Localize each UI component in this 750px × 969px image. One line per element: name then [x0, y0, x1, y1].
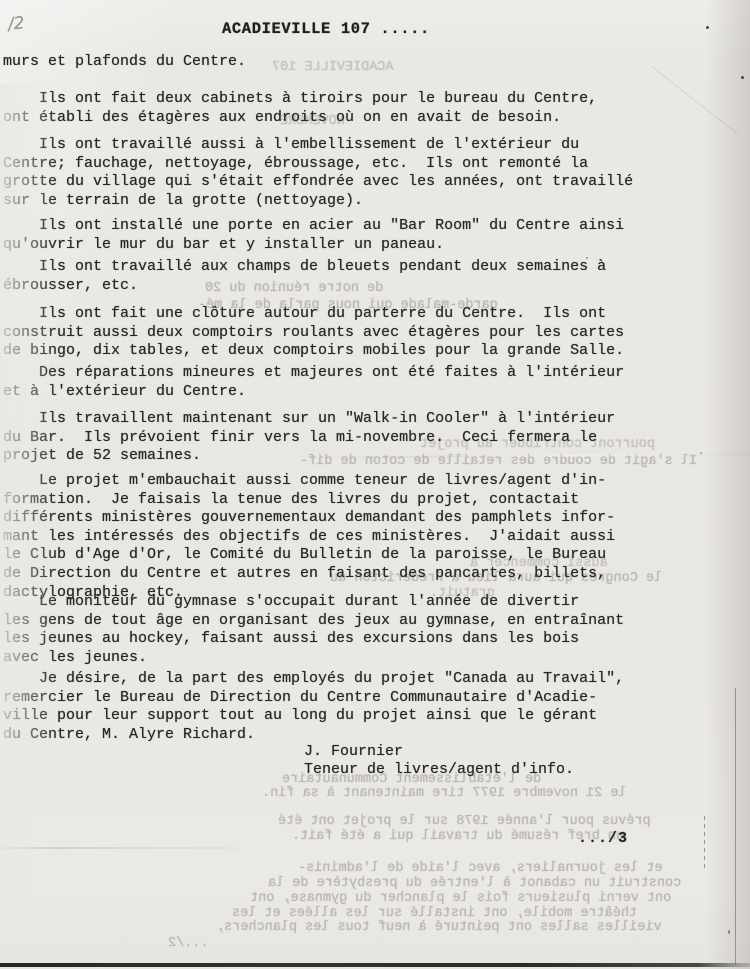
paragraph: Le moniteur du gymnase s'occupait durant…: [3, 593, 624, 667]
paper-crease: [0, 847, 280, 849]
paragraph: Ils ont installé une porte en acier au "…: [3, 217, 624, 254]
paragraph: Ils ont travaillé aussi à l'embellisseme…: [3, 136, 633, 210]
scanned-document-page: ACADIEVILLE 107 NOVEMBRE de notre réunio…: [0, 0, 750, 969]
ink-speck: [741, 76, 744, 79]
paragraph: Je désire, de la part des employés du pr…: [3, 670, 624, 744]
paragraph: Le projet m'embauchait aussi comme teneu…: [3, 472, 615, 602]
page-title: ACADIEVILLE 107 .....: [222, 20, 430, 38]
ink-speck: [706, 26, 710, 30]
bleedthrough-text: un bref résumé du travail qui a été fait…: [292, 829, 624, 844]
paragraph: Ils ont fait une clôture autour du parte…: [3, 305, 624, 361]
signature-role: Teneur de livres/agent d'info.: [304, 761, 574, 780]
paragraph: Ils ont travaillé aux champs de bleuets …: [3, 258, 606, 295]
bleedthrough-text: construit un cabanot à l'entrée du presb…: [268, 876, 681, 891]
ink-speck: [728, 930, 730, 934]
bleedthrough-text: le 21 novembre 1977 tire maintenant à sa…: [262, 786, 627, 801]
bleedthrough-text: prévus pour l'année 1978 sur le projet o…: [278, 814, 651, 829]
bleedthrough-text: .../2: [168, 936, 209, 951]
scan-edge-line: [735, 688, 736, 964]
ink-speck: [700, 452, 702, 454]
bleedthrough-text: ont verni plusieurs fois le plancher du …: [250, 891, 671, 906]
ink-speck: [586, 257, 588, 259]
footer-page-mark: .../3: [578, 830, 628, 849]
handwritten-page-number: /2: [7, 13, 26, 35]
bleedthrough-text: théâtre mobile, ont installé sur les all…: [232, 906, 637, 921]
bleedthrough-text: vieilles salles ont peinturé à neuf tous…: [216, 920, 662, 935]
paragraph: murs et plafonds du Centre.: [3, 53, 246, 72]
bleedthrough-text: ACADIEVILLE 107: [272, 60, 394, 75]
scan-edge-line: [704, 816, 705, 872]
signature-name: J. Fournier: [304, 743, 403, 762]
bleedthrough-text: et les journaliers, avec l'aide de l'adm…: [298, 861, 663, 876]
scratch-mark: [651, 66, 738, 135]
paragraph: Ils ont fait deux cabinets à tiroirs pou…: [3, 90, 597, 127]
paragraph: Des réparations mineures et majeures ont…: [3, 364, 624, 401]
scanner-bottom-bar: [0, 963, 750, 967]
